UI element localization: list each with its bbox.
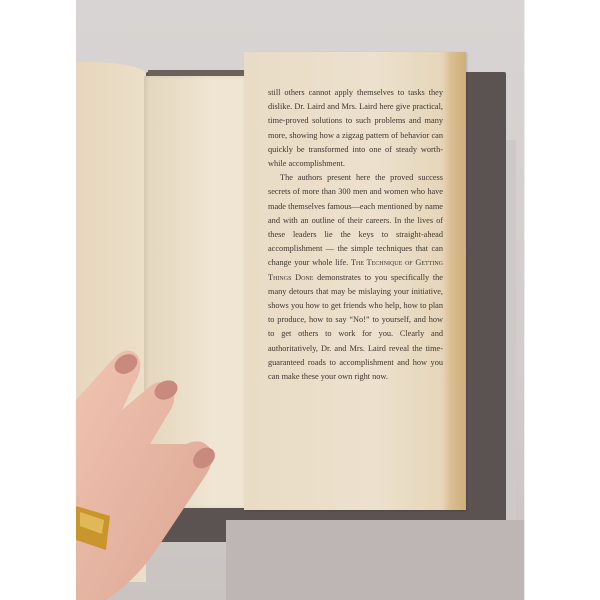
blurb-text: demonstrates to you specifically the man…: [268, 273, 443, 381]
book-photo: still others cannot apply themselves to …: [76, 0, 525, 600]
flap-blurb: still others cannot apply themselves to …: [268, 86, 443, 384]
hand: [76, 340, 236, 600]
blurb-text: The authors present here the proved succ…: [268, 173, 443, 267]
dust-jacket-flap: still others cannot apply themselves to …: [244, 52, 466, 510]
aged-edge: [444, 52, 466, 510]
shadow: [226, 520, 525, 600]
frame-border: [524, 0, 525, 600]
blurb-paragraph-1: still others cannot apply themselves to …: [268, 86, 443, 171]
blurb-paragraph-2: The authors present here the proved succ…: [268, 171, 443, 384]
